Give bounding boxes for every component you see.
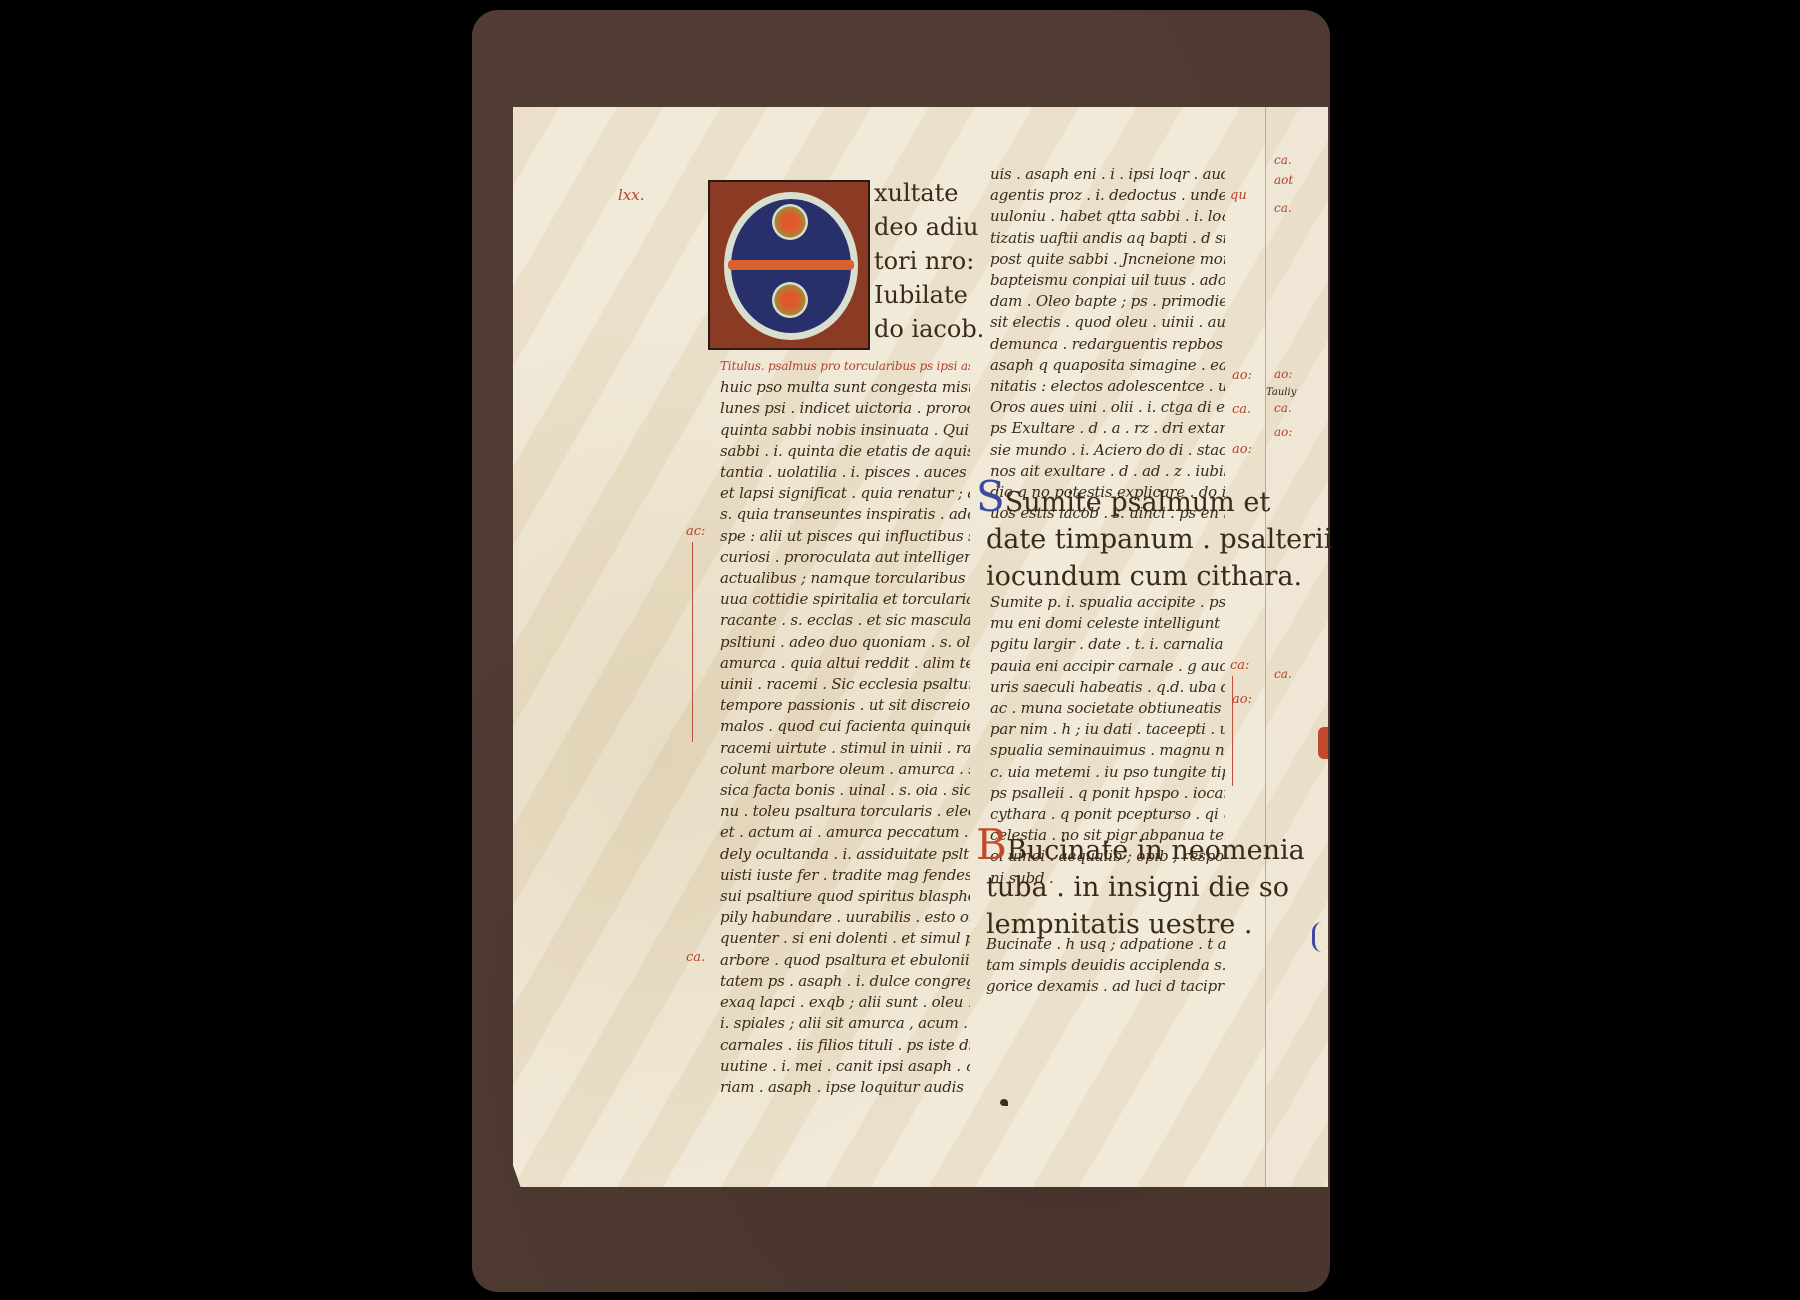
gloss-line: s. quia transeuntes inspiratis . adolesc… <box>720 504 970 525</box>
gloss-line: malos . quod cui facienta quinquies . Si… <box>720 716 970 737</box>
gloss-line: c. uia metemi . iu pso tungite tipanum . <box>990 762 1225 783</box>
parchment-hole <box>1000 1099 1008 1106</box>
margin-bracket <box>692 542 693 742</box>
gloss-line: exaq lapci . exqb ; alii sunt . oleu . u… <box>720 992 970 1013</box>
incipit-line: deo adiu <box>874 210 984 244</box>
margin-note: ca. <box>1232 402 1251 417</box>
psalm-verse-sumite: SSumite psalmum et date timpanum . psalt… <box>976 478 1332 595</box>
gloss-line: Oros aues uini . olii . i. ctga di eu si… <box>990 397 1225 418</box>
gloss-line: mu eni domi celeste intelligunt . q ado <box>990 613 1225 634</box>
gloss-line: nu . toleu psaltura torcularis . electa … <box>720 801 970 822</box>
margin-note: aot <box>1274 173 1293 187</box>
gloss-line: nitatis : electos adolescentce . ueretar… <box>990 376 1225 397</box>
facing-page: ca. aot ca. ao: Tauliy ca. ao: ca. <box>1265 107 1328 1187</box>
gloss-line: quinta sabbi nobis insinuata . Quinta en… <box>720 420 970 441</box>
margin-note: ca. <box>1274 401 1292 415</box>
gloss-line: post quite sabbi . Jncneione mons . ii p… <box>990 249 1225 270</box>
margin-note: qu <box>1230 188 1247 203</box>
gloss-line: amurca . quia altui reddit . alim tenet … <box>720 653 970 674</box>
gloss-line: agentis proz . i. dedoctus . unde ; pslt… <box>990 185 1225 206</box>
gloss-line: et lapsi significat . quia renatur ; ali… <box>720 483 970 504</box>
gloss-line: bapteismu conpiai uil tuus . adolectia a… <box>990 270 1225 291</box>
initial-bar <box>728 260 854 270</box>
gloss-line: spualia seminauimus . magnu nob ; si <box>990 740 1225 761</box>
right-column-gloss-bottom: Bucinate . h usq ; adpatione . t adlo ta… <box>986 934 1226 998</box>
gloss-line: spe : alii ut pisces qui influctibus sec… <box>720 526 970 547</box>
gloss-line: sica facta bonis . uinal . s. oia . sic … <box>720 780 970 801</box>
gloss-line: dely ocultanda . i. assiduitate psltura … <box>720 844 970 865</box>
margin-note: ac: <box>686 524 705 539</box>
illuminated-initial-e <box>708 180 870 350</box>
gloss-line: asaph q quaposita simagine . eadem solle… <box>990 355 1225 376</box>
rubric-title: Titulus. psalmus pro torcularibus ps ips… <box>720 356 970 377</box>
verse-line: SSumite psalmum et <box>976 478 1332 521</box>
margin-note: ca. <box>1274 667 1292 681</box>
margin-note: ca. <box>1274 153 1292 167</box>
incipit-line: do iacob. <box>874 312 984 346</box>
gloss-line: et . actum ai . amurca peccatum . Fur in… <box>720 822 970 843</box>
gloss-line: uinii . racemi . Sic ecclesia psaltura e… <box>720 674 970 695</box>
facing-text: Tauliy <box>1266 387 1296 398</box>
gloss-line: sui psaltiure quod spiritus blasphema . … <box>720 886 970 907</box>
initial-rosette <box>772 204 808 240</box>
gloss-line: i. spiales ; alii sit amurca , acum . pi… <box>720 1013 970 1034</box>
gloss-line: uutine . i. mei . canit ipsi asaph . qs … <box>720 1056 970 1077</box>
gloss-line: riam . asaph . ipse loquitur audis . spi… <box>720 1077 970 1098</box>
verse-line: BBucinate in neomenia <box>976 826 1305 869</box>
gloss-line: gorice dexamis . ad luci d tacipr . byci… <box>986 976 1226 997</box>
facing-blue-initial <box>1312 922 1331 952</box>
gloss-line: tempore passionis . ut sit discreio bono… <box>720 695 970 716</box>
gloss-line: uua cottidie spiritalia et torcularia . … <box>720 589 970 610</box>
margin-note: ao: <box>1232 442 1252 457</box>
gloss-line: uisti iuste fer . tradite mag fendese . … <box>720 865 970 886</box>
gloss-line: sie mundo . i. Aciero do di . staoai . e… <box>990 440 1225 461</box>
gloss-line: actualibus ; namque torcularibus ; uua d… <box>720 568 970 589</box>
margin-note: ao: <box>1232 368 1252 383</box>
incipit-line: xultate <box>874 176 984 210</box>
margin-note: ao: <box>1232 692 1252 707</box>
verse-line: iocundum cum cithara. <box>976 558 1332 595</box>
gloss-line: Bucinate . h usq ; adpatione . t adlo <box>986 934 1226 955</box>
gloss-line: racante . s. ecclas . et sic masculariis… <box>720 610 970 631</box>
gloss-line: huic pso multa sunt congesta mistica . u… <box>720 377 970 398</box>
gloss-line: colunt marbore oleum . amurca . s. eccla <box>720 759 970 780</box>
gloss-line: dam . Oleo bapte ; ps . primodie qd agen… <box>990 291 1225 312</box>
gloss-line: ps Exultare . d . a . rz . dri extar . d… <box>990 418 1225 439</box>
gloss-line: ac . muna societate obtiuneatis . hinc e… <box>990 698 1225 719</box>
gloss-line: tizatis uaftii andis aq bapti . d signif… <box>990 228 1225 249</box>
gloss-line: tam simpls deuidis acciplenda s. talle <box>986 955 1226 976</box>
margin-note: ao: <box>1274 425 1292 439</box>
folio-marker: lxx. <box>618 186 644 204</box>
gloss-line: pauia eni accipir carnale . g auob ; a i… <box>990 656 1225 677</box>
gloss-line: pily habundare . uurabilis . esto ota . … <box>720 907 970 928</box>
incipit-line: tori nro: <box>874 244 984 278</box>
left-column-gloss: Titulus. psalmus pro torcularibus ps ips… <box>720 356 970 1098</box>
initial-rosette <box>772 282 808 318</box>
incipit: xultate deo adiu tori nro: Iubilate do i… <box>874 176 984 346</box>
right-column-gloss-top: uis . asaph eni . i . ipsi loqr . audis … <box>990 164 1225 524</box>
gloss-line: Sumite p. i. spualia accipite . psal <box>990 592 1225 613</box>
gloss-line: pgitu largir . date . t. i. carnalia . p… <box>990 634 1225 655</box>
verse-line: tuba . in insigni die so <box>976 869 1305 906</box>
gloss-line: tatem ps . asaph . i. dulce congregandi … <box>720 971 970 992</box>
verse-line: date timpanum . psalterii <box>976 521 1332 558</box>
facing-red-initial <box>1318 727 1328 759</box>
margin-note: ca. <box>686 950 705 965</box>
gloss-line: uis . asaph eni . i . ipsi loqr . audis … <box>990 164 1225 185</box>
gloss-line: uuloniu . habet qtta sabbi . i. loqnf de… <box>990 206 1225 227</box>
margin-bracket <box>1232 676 1233 786</box>
gloss-line: arbore . quod psaltura et ebulonii diffe… <box>720 950 970 971</box>
gloss-line: quenter . si eni dolenti . et simul pude… <box>720 928 970 949</box>
incipit-line: Iubilate <box>874 278 984 312</box>
gloss-line: psltiuni . adeo duo quoniam . s. oleum .… <box>720 632 970 653</box>
blue-initial-s: S <box>976 472 1005 521</box>
margin-note: ca: <box>1230 658 1249 673</box>
gloss-line: racemi uirtute . stimul in uinii . racem… <box>720 738 970 759</box>
gloss-line: lunes psi . indicet uictoria . prorocula… <box>720 398 970 419</box>
gloss-line: demunca . redarguentis repbos . i. audi … <box>990 334 1225 355</box>
gloss-line: ps psalleii . q ponit hpspo . iocandu ; … <box>990 783 1225 804</box>
gloss-line: uris saeculi habeatis . q.d. uba di . th… <box>990 677 1225 698</box>
red-initial-b: B <box>976 820 1007 869</box>
margin-note: ao: <box>1274 367 1292 381</box>
gloss-line: par nim . h ; iu dati . taceepti . ut ap… <box>990 719 1225 740</box>
gloss-line: tantia . uolatilia . i. pisces . auces .… <box>720 462 970 483</box>
gloss-line: cythara . q ponit pcepturso . qi q expec… <box>990 804 1225 825</box>
gloss-line: curiosi . proroculata aut intelligentur … <box>720 547 970 568</box>
gloss-line: carnales . iis filios tituli . ps iste d… <box>720 1035 970 1056</box>
gloss-line: sabbi . i. quinta die etatis de aquis an… <box>720 441 970 462</box>
psalm-verse-bucinate: BBucinate in neomenia tuba . in insigni … <box>976 826 1305 943</box>
gloss-line: sit electis . quod oleu . uinii . auel .… <box>990 312 1225 333</box>
margin-note: ca. <box>1274 201 1292 215</box>
